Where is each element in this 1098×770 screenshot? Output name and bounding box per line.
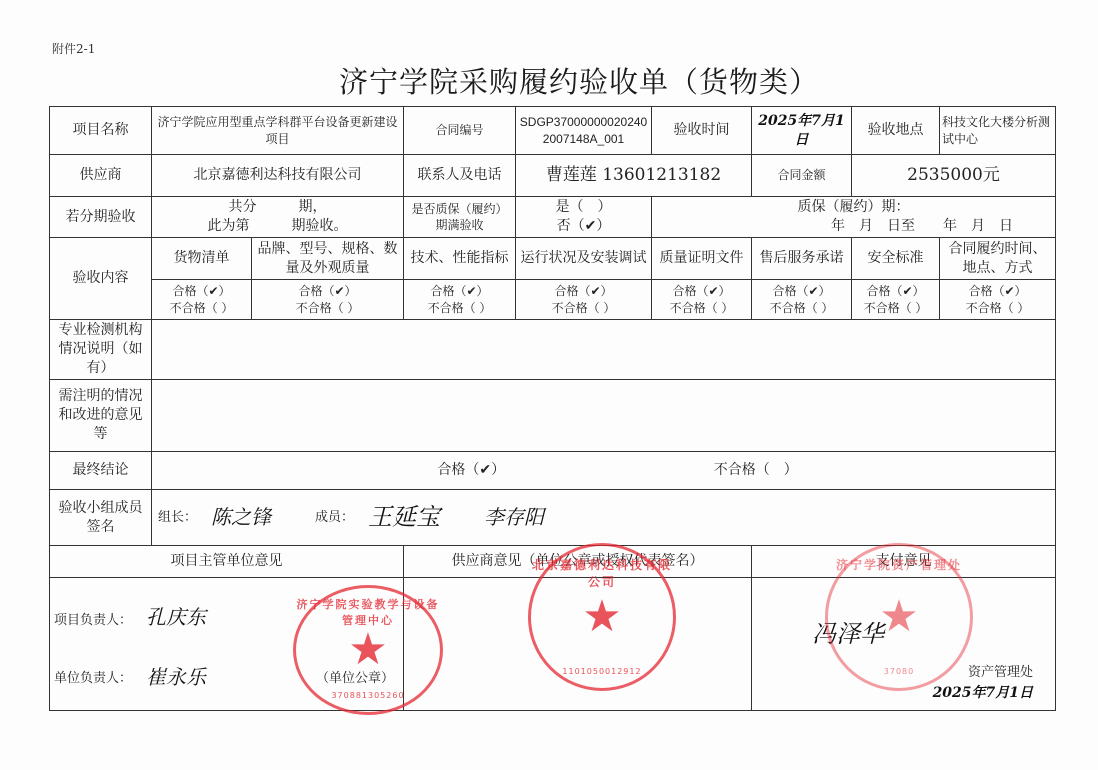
installment-label: 若分期验收 xyxy=(50,197,152,238)
row-notes: 需注明的情况和改进的意见等 xyxy=(50,380,1056,452)
pass-option[interactable]: 合格（✔） xyxy=(654,283,749,299)
supplier-label: 供应商 xyxy=(50,155,152,197)
warranty-question-label: 是否质保（履约）期满验收 xyxy=(404,197,516,238)
acceptance-time-label: 验收时间 xyxy=(652,107,752,155)
acceptance-time-value: 2025年7月1日 xyxy=(752,107,852,155)
team-label: 验收小组成员签名 xyxy=(50,490,152,546)
row-inspection: 专业检测机构情况说明（如有） xyxy=(50,320,1056,380)
payment-date: 2025年7月1日 xyxy=(933,684,1033,703)
members-label: 成员： xyxy=(315,509,354,527)
row-content-headers: 验收内容 货物清单 品牌、型号、规格、数量及外观质量 技术、性能指标 运行状况及… xyxy=(50,238,1056,280)
supplier-value: 北京嘉德利达科技有限公司 xyxy=(152,155,404,197)
warranty-period-label: 质保（履约）期： xyxy=(654,198,1053,217)
content-item-title: 售后服务承诺 xyxy=(752,238,852,280)
payment-opinion-header: 支付意见 xyxy=(752,546,1056,578)
project-name-value: 济宁学院应用型重点学科群平台设备更新建设项目 xyxy=(152,107,404,155)
warranty-yes-option[interactable]: 是（ ） xyxy=(518,198,649,217)
content-result[interactable]: 合格（✔）不合格（ ） xyxy=(516,280,652,320)
fail-option[interactable]: 不合格（ ） xyxy=(654,300,749,316)
pass-option[interactable]: 合格（✔） xyxy=(254,283,401,299)
payment-office: 资产管理处 xyxy=(968,664,1033,682)
row-installment: 若分期验收 共分 期， 此为第 期验收。 是否质保（履约）期满验收 是（ ） 否… xyxy=(50,197,1056,238)
fail-option[interactable]: 不合格（ ） xyxy=(406,300,513,316)
row-opinion-headers: 项目主管单位意见 供应商意见（单位公章或授权代表签名） 支付意见 xyxy=(50,546,1056,578)
row-opinions: 项目负责人： 孔庆东 单位负责人： 崔永乐 （单位公章） 冯泽华 资产管理处 2… xyxy=(50,578,1056,711)
content-result[interactable]: 合格（✔）不合格（ ） xyxy=(852,280,940,320)
payment-signature: 冯泽华 xyxy=(812,618,884,650)
fail-option[interactable]: 不合格（ ） xyxy=(154,300,249,316)
inspection-label: 专业检测机构情况说明（如有） xyxy=(50,320,152,380)
inspection-value[interactable] xyxy=(152,320,1056,380)
pass-option[interactable]: 合格（✔） xyxy=(754,283,849,299)
conclusion-fail-option[interactable]: 不合格（ ） xyxy=(686,461,826,480)
page-title: 济宁学院采购履约验收单（货物类） xyxy=(0,60,1098,101)
attachment-label: 附件2-1 xyxy=(52,40,95,57)
row-project: 项目名称 济宁学院应用型重点学科群平台设备更新建设项目 合同编号 SDGP370… xyxy=(50,107,1056,155)
project-lead-signature: 孔庆东 xyxy=(146,604,206,631)
contact-value: 曹莲莲 13601213182 xyxy=(516,155,752,197)
row-team: 验收小组成员签名 组长： 陈之锋 成员： 王延宝 李存阳 xyxy=(50,490,1056,546)
contract-amount-label: 合同金额 xyxy=(752,155,852,197)
acceptance-place-label: 验收地点 xyxy=(852,107,940,155)
pass-option[interactable]: 合格（✔） xyxy=(154,283,249,299)
content-label: 验收内容 xyxy=(50,238,152,320)
acceptance-form: 项目名称 济宁学院应用型重点学科群平台设备更新建设项目 合同编号 SDGP370… xyxy=(49,106,1056,711)
row-supplier: 供应商 北京嘉德利达科技有限公司 联系人及电话 曹莲莲 13601213182 … xyxy=(50,155,1056,197)
fail-option[interactable]: 不合格（ ） xyxy=(754,300,849,316)
content-item-title: 品牌、型号、规格、数量及外观质量 xyxy=(252,238,404,280)
installment-value: 共分 期， 此为第 期验收。 xyxy=(152,197,404,238)
row-conclusion: 最终结论 合格（✔） 不合格（ ） xyxy=(50,452,1056,490)
content-result[interactable]: 合格（✔）不合格（ ） xyxy=(152,280,252,320)
installment-line2: 此为第 期验收。 xyxy=(154,217,401,236)
content-result[interactable]: 合格（✔）不合格（ ） xyxy=(404,280,516,320)
project-lead-label: 项目负责人： xyxy=(54,612,132,630)
content-result[interactable]: 合格（✔）不合格（ ） xyxy=(940,280,1056,320)
content-item-title: 质量证明文件 xyxy=(652,238,752,280)
project-name-label: 项目名称 xyxy=(50,107,152,155)
warranty-period: 质保（履约）期： 年 月 日至 年 月 日 xyxy=(652,197,1056,238)
warranty-period-dates: 年 月 日至 年 月 日 xyxy=(654,217,1053,236)
team-signatures: 组长： 陈之锋 成员： 王延宝 李存阳 xyxy=(152,490,1056,546)
acceptance-place-value: 科技文化大楼分析测试中心 xyxy=(940,107,1056,155)
content-result[interactable]: 合格（✔）不合格（ ） xyxy=(252,280,404,320)
fail-option[interactable]: 不合格（ ） xyxy=(254,300,401,316)
contract-no-value: SDGP370000000202402007148A_001 xyxy=(516,107,652,155)
content-result[interactable]: 合格（✔）不合格（ ） xyxy=(652,280,752,320)
warranty-no-option[interactable]: 否（✔） xyxy=(518,217,649,236)
member1-signature: 王延宝 xyxy=(368,501,440,533)
leader-label: 组长： xyxy=(158,509,197,527)
notes-label: 需注明的情况和改进的意见等 xyxy=(50,380,152,452)
conclusion-pass-option[interactable]: 合格（✔） xyxy=(381,461,561,480)
unit-lead-signature: 崔永乐 xyxy=(146,664,206,691)
fail-option[interactable]: 不合格（ ） xyxy=(854,300,937,316)
dept-opinion: 项目负责人： 孔庆东 单位负责人： 崔永乐 （单位公章） xyxy=(50,578,404,711)
unit-seal-label: （单位公章） xyxy=(316,670,394,688)
conclusion-label: 最终结论 xyxy=(50,452,152,490)
fail-option[interactable]: 不合格（ ） xyxy=(518,300,649,316)
content-item-title: 合同履约时间、地点、方式 xyxy=(940,238,1056,280)
pass-option[interactable]: 合格（✔） xyxy=(854,283,937,299)
supplier-opinion-header: 供应商意见（单位公章或授权代表签名） xyxy=(404,546,752,578)
member2-signature: 李存阳 xyxy=(484,504,544,531)
pass-option[interactable]: 合格（✔） xyxy=(518,283,649,299)
fail-option[interactable]: 不合格（ ） xyxy=(942,300,1053,316)
pass-option[interactable]: 合格（✔） xyxy=(942,283,1053,299)
payment-opinion: 冯泽华 资产管理处 2025年7月1日 xyxy=(752,578,1056,711)
content-item-title: 技术、性能指标 xyxy=(404,238,516,280)
content-result[interactable]: 合格（✔）不合格（ ） xyxy=(752,280,852,320)
dept-opinion-header: 项目主管单位意见 xyxy=(50,546,404,578)
warranty-choice[interactable]: 是（ ） 否（✔） xyxy=(516,197,652,238)
unit-lead-label: 单位负责人： xyxy=(54,670,132,688)
installment-line1: 共分 期， xyxy=(154,198,401,217)
content-item-title: 货物清单 xyxy=(152,238,252,280)
conclusion-value[interactable]: 合格（✔） 不合格（ ） xyxy=(152,452,1056,490)
content-item-title: 运行状况及安装调试 xyxy=(516,238,652,280)
pass-option[interactable]: 合格（✔） xyxy=(406,283,513,299)
contract-no-label: 合同编号 xyxy=(404,107,516,155)
supplier-opinion xyxy=(404,578,752,711)
row-content-results: 合格（✔）不合格（ ） 合格（✔）不合格（ ） 合格（✔）不合格（ ） 合格（✔… xyxy=(50,280,1056,320)
contract-amount-value: 2535000元 xyxy=(852,155,1056,197)
content-item-title: 安全标准 xyxy=(852,238,940,280)
notes-value[interactable] xyxy=(152,380,1056,452)
leader-signature: 陈之锋 xyxy=(211,504,271,531)
contact-label: 联系人及电话 xyxy=(404,155,516,197)
